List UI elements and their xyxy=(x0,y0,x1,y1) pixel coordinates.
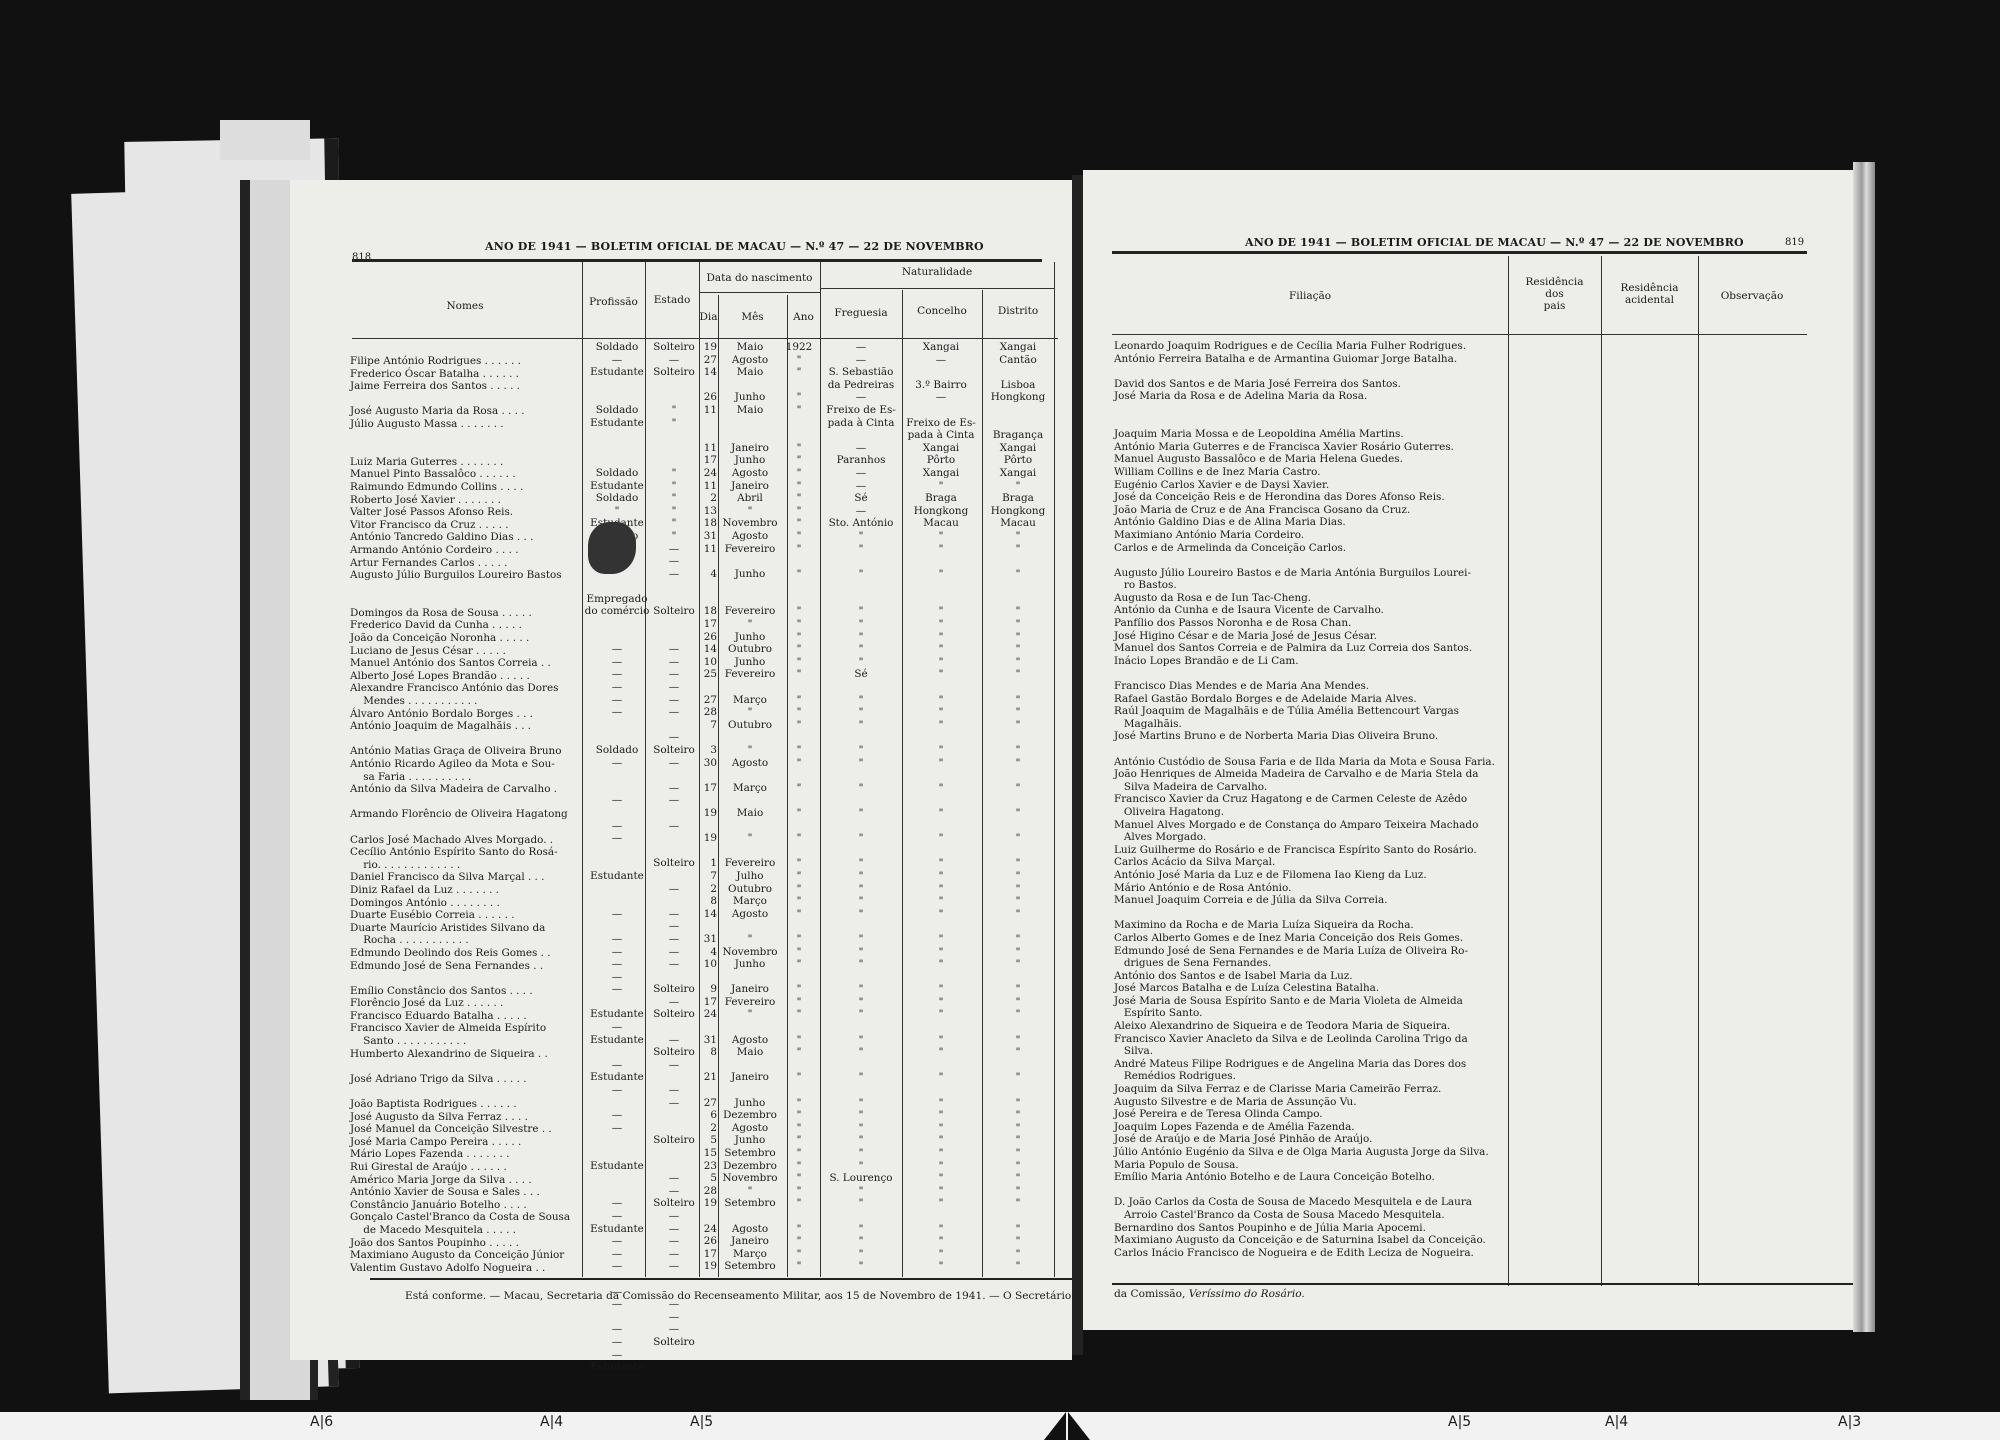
right-page-header: ANO DE 1941 — BOLETIM OFICIAL DE MACAU —… xyxy=(1245,236,1744,249)
col-header-distrito: Distrito xyxy=(982,305,1054,317)
profession-column: Soldado — Estudante Soldado Estudante So… xyxy=(584,341,650,1374)
footnote-signature: Veríssimo do Rosário. xyxy=(1189,1288,1305,1300)
film-marker: A|5 xyxy=(1448,1414,1471,1430)
birth-month-column: Maio Agosto Maio Junho Maio Janeiro Junh… xyxy=(718,341,782,1273)
right-page-number: 819 xyxy=(1785,237,1804,248)
col-header-mes: Mês xyxy=(718,311,787,323)
table-header-bottom-rule xyxy=(1112,334,1807,335)
col-header-data-nascimento: Data do nascimento xyxy=(699,272,820,284)
birth-year-column: 1922 " " " " " " " " " " " " " " " " " "… xyxy=(784,341,814,1273)
page-stack-right-edge xyxy=(1853,162,1875,1332)
footer-rule xyxy=(1112,1283,1853,1285)
col-header-nomes: Nomes xyxy=(400,300,530,312)
book-gutter xyxy=(1072,175,1083,1355)
film-marker: A|5 xyxy=(690,1414,713,1430)
column-divider xyxy=(1601,256,1602,1286)
left-page-footnote: Está conforme. — Macau, Secretaria da Co… xyxy=(405,1290,1071,1302)
col-header-observacao: Observação xyxy=(1698,290,1806,302)
column-divider xyxy=(1054,262,1055,1277)
film-alignment-arrow-right-icon xyxy=(1068,1412,1090,1440)
filiation-column: Leonardo Joaquim Rodrigues e de Cecília … xyxy=(1114,340,1509,1259)
footnote-prefix: da Comissão, xyxy=(1114,1288,1185,1300)
header-rule xyxy=(1112,251,1807,254)
microfilm-strip xyxy=(0,1412,2000,1440)
names-column: Filipe António Rodrigues . . . . . . Fre… xyxy=(350,355,585,1274)
left-page-header: ANO DE 1941 — BOLETIM OFICIAL DE MACAU —… xyxy=(485,240,984,253)
subheader-rule xyxy=(700,292,820,293)
municipality-column: Xangai — 3.º Bairro — Freixo de Es- pada… xyxy=(902,341,980,1273)
film-marker: A|4 xyxy=(1605,1414,1628,1430)
table-header-bottom-rule xyxy=(352,338,1058,339)
col-header-residencia-pais: Residência dos pais xyxy=(1508,276,1601,312)
col-header-filiacao: Filiação xyxy=(1112,290,1508,302)
film-alignment-arrow-left-icon xyxy=(1044,1412,1066,1440)
col-header-profissao: Profissão xyxy=(582,296,645,308)
column-divider xyxy=(1698,256,1699,1286)
district-column: Xangai Cantão Lisboa Hongkong Bragança X… xyxy=(982,341,1054,1273)
col-header-dia: Dia xyxy=(699,311,718,323)
film-marker: A|4 xyxy=(540,1414,563,1430)
film-marker: A|6 xyxy=(310,1414,333,1430)
col-header-estado: Estado xyxy=(645,294,699,306)
page-stack-corner xyxy=(220,120,310,160)
col-header-residencia-acidental: Residência acidental xyxy=(1601,282,1698,306)
col-header-naturalidade: Naturalidade xyxy=(820,266,1054,278)
parish-column: — — S. Sebastião da Pedreiras — Freixo d… xyxy=(820,341,902,1273)
footer-rule xyxy=(370,1278,1072,1280)
marital-status-column: Solteiro — Solteiro " " " " " " " " — — … xyxy=(650,341,698,1349)
col-header-ano: Ano xyxy=(787,311,820,323)
birth-day-column: 19 27 14 26 11 11 17 24 11 2 13 18 31 11… xyxy=(699,341,717,1273)
col-header-freguesia: Freguesia xyxy=(820,307,902,319)
ink-blot xyxy=(588,522,636,574)
col-header-concelho: Concelho xyxy=(902,305,982,317)
right-page-footnote: da Comissão, Veríssimo do Rosário. xyxy=(1114,1288,1305,1300)
header-rule xyxy=(352,259,1042,262)
film-marker: A|3 xyxy=(1838,1414,1861,1430)
subheader-rule xyxy=(820,288,1054,289)
